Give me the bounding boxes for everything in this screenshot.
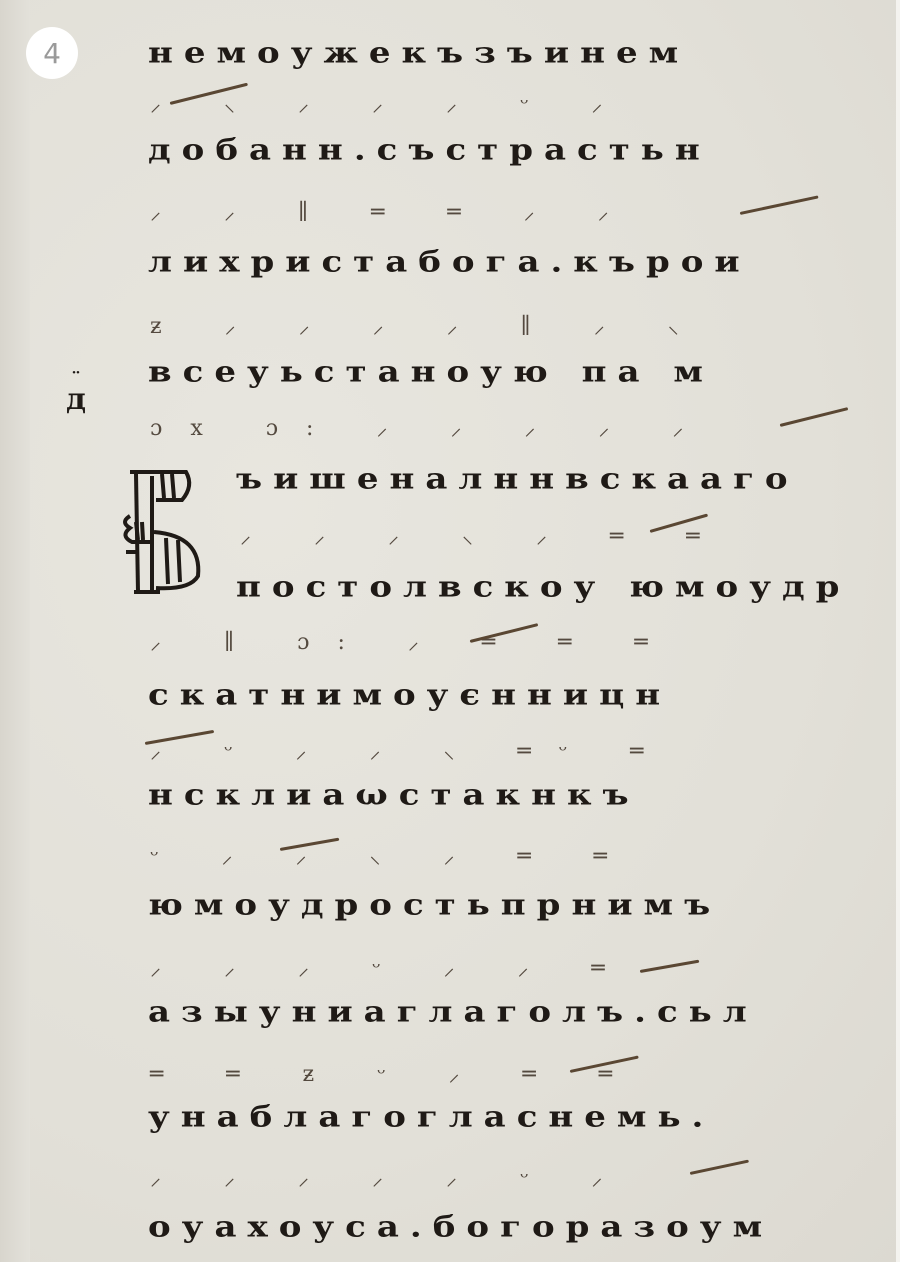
text-line-12: оуахоуса.богоразоум [148,1210,773,1244]
manuscript-page: 4 ¨ д немоужекъзъинем добанн.състрастьн … [0,0,900,1262]
page-edge [896,0,900,1262]
neume-row-6: ⸝ ∥ ɔ: ⸝ ═ ═ ═ [150,626,676,656]
neume-row-11: ⸝ ⸝ ⸝ ⸝ ⸝ ᵕ ⸝ [150,1162,630,1192]
page-fold-shadow [0,0,30,1262]
decorated-initial-icon [116,466,216,598]
neume-stroke [640,960,700,973]
text-line-10: азыуниаглаголъ.сьл [148,995,758,1029]
neume-row-9: ⸝ ⸝ ⸝ ᵕ ⸝ ⸝ ═ [150,952,633,982]
text-line-2: добанн.състрастьн [148,133,711,167]
neume-stroke [780,407,849,427]
text-line-8: нсклиаωстакнкъ [148,778,640,812]
margin-note-letter: д [66,385,86,415]
neume-row-4: ɔx ɔ: ⸝ ⸝ ⸝ ⸝ ⸝ [150,412,711,442]
neume-row-1: ⸝ ⸜ ⸝ ⸝ ⸝ ᵕ ⸝ [150,88,630,118]
text-line-6: постолвскоу юмоудр [236,570,850,604]
text-line-1: немоужекъзъинем [148,36,689,70]
neume-row-5: ⸝ ⸝ ⸝ ⸜ ⸝ ═ ═ [240,520,727,550]
neume-row-10: ═ ═ ƶ ᵕ ⸝ ═ ═ [150,1058,640,1088]
neume-row-3: ƶ ⸝ ⸝ ⸝ ⸝ ∥ ⸝ ⸜ [150,310,707,340]
text-line-4: всеуьстаноую па м [148,355,714,389]
neume-row-2: ⸝ ⸝ ∥ ═ ═ ⸝ ⸝ [150,196,637,226]
page-number: 4 [43,37,61,70]
text-line-11: унаблагогласнемь. [148,1100,714,1134]
page-number-badge: 4 [26,27,78,79]
margin-note: ¨ д [66,375,86,415]
neume-stroke [740,195,819,215]
neume-row-7: ⸝ ᵕ ⸝ ⸝ ⸜ ═ᵕ ═ [150,735,671,765]
text-line-5: ъишеналннвскааго [236,462,799,496]
text-line-3: лихристабога.кърои [148,245,751,279]
neume-row-8: ᵕ ⸝ ⸝ ⸜ ⸝ ═ ═ [150,840,635,870]
neume-stroke [690,1160,749,1175]
text-line-7: скатнимоуєнницн [148,678,671,712]
text-line-9: юмоудростьпрнимъ [148,888,721,922]
